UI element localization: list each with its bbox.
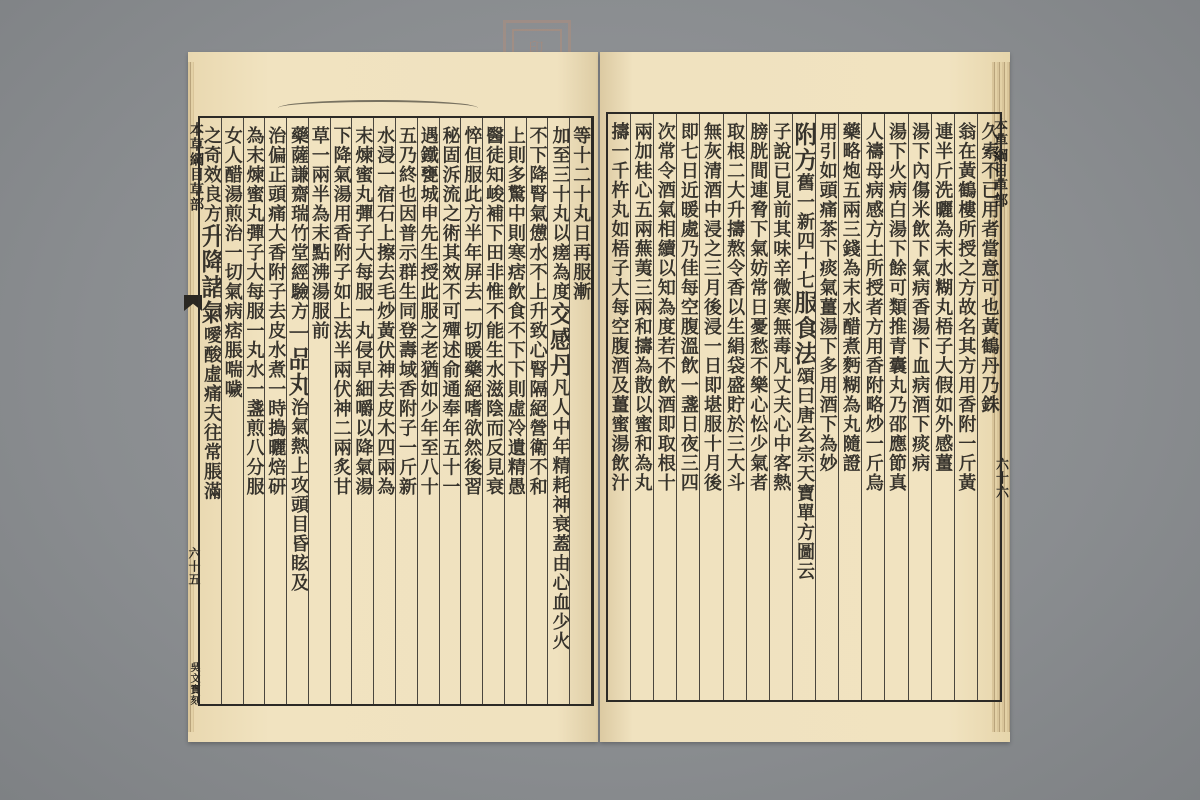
text-column: 翁在黃鶴樓所授之方故名其方用香附一斤黃 <box>954 114 977 700</box>
column-text: 連半斤洗曬為末水糊丸梧子大假如外感薑 <box>932 114 953 700</box>
column-text: 即七日近暖處乃佳每空腹溫飲一盞日夜三四 <box>678 114 699 700</box>
text-column: 悴但服此方半年屏去一切暖藥絕嗜欲然後習 <box>460 118 482 704</box>
column-text: 治偏正頭痛大香附子去皮水煮一時搗曬焙研 <box>265 118 286 704</box>
right-text-columns: 久索不已用者當意可也黃鶴丹乃銖翁在黃鶴樓所授之方故名其方用香附一斤黃連半斤洗曬為… <box>608 114 1000 700</box>
open-book: 本草綱目草部 六十五 吳文寶刻 等十二十丸日再服漸加至三十丸以瘥為度交感丹凡人中… <box>184 52 1026 746</box>
text-column: 等十二十丸日再服漸 <box>569 118 591 704</box>
text-column: 不下降腎氣憊水不上升致心腎隔絕營衛不和 <box>526 118 548 704</box>
text-column: 治偏正頭痛大香附子去皮水煮一時搗曬焙研 <box>264 118 286 704</box>
text-column: 藥薩謙齋瑞竹堂經驗方一品丸治氣熱上攻頭目昏眩及 <box>286 118 308 704</box>
column-text: 末煉蜜丸彈子大每服一丸侵早細嚼以降氣湯 <box>352 118 373 704</box>
column-text: 下降氣湯用香附子如上法半兩伏神二兩炙甘 <box>331 118 352 704</box>
column-text: 醫徒知峻補下田非惟不能生水滋陰而反見衰 <box>483 118 504 704</box>
column-text: 翁在黃鶴樓所授之方故名其方用香附一斤黃 <box>955 114 976 700</box>
column-text: 不下降腎氣憊水不上升致心腎隔絕營衛不和 <box>527 118 548 704</box>
ink-smudge <box>278 100 478 116</box>
text-column: 遇鐵甕城申先生授此服之老猶如少年至八十 <box>417 118 439 704</box>
text-column: 藥略炮五兩三錢為末水醋煮麪糊為丸隨證 <box>838 114 861 700</box>
text-column: 次常令酒氣相續以知為度若不飲酒即取根十 <box>653 114 676 700</box>
text-column: 人禱母病感方士所授者方用香附略炒一斤烏 <box>861 114 884 700</box>
section-heading: 附方 <box>792 122 815 173</box>
text-column: 末煉蜜丸彈子大每服一丸侵早細嚼以降氣湯 <box>351 118 373 704</box>
column-text: 女人醋湯煎治一切氣病痞脹喘噦 <box>222 118 243 704</box>
text-column: 取根二大升擣熬令香以生絹袋盛貯於三大斗 <box>723 114 746 700</box>
text-column: 湯下火病白湯下餘可類推青囊丸乃邵應節真 <box>884 114 907 700</box>
text-column: 五乃終也因普示群生同登壽域香附子一斤新 <box>395 118 417 704</box>
text-column: 草一兩半為末點沸湯服前 <box>308 118 330 704</box>
left-page: 本草綱目草部 六十五 吳文寶刻 等十二十丸日再服漸加至三十丸以瘥為度交感丹凡人中… <box>188 52 598 742</box>
text-column: 下降氣湯用香附子如上法半兩伏神二兩炙甘 <box>330 118 352 704</box>
text-column: 無灰清酒中浸之三月後浸一日即堪服十月後 <box>699 114 722 700</box>
column-text: 久索不已用者當意可也黃鶴丹乃銖 <box>978 114 999 700</box>
left-text-columns: 等十二十丸日再服漸加至三十丸以瘥為度交感丹凡人中年精耗神衰蓋由心血少火不下降腎氣… <box>200 118 591 704</box>
column-text: 擣一千杵丸如梧子大每空腹酒及薑蜜湯飲汁 <box>608 114 629 700</box>
column-text: 為末煉蜜丸彈子大每服一丸水一盞煎八分服 <box>244 118 265 704</box>
column-text: 遇鐵甕城申先生授此服之老猶如少年至八十 <box>418 118 439 704</box>
text-column: 女人醋湯煎治一切氣病痞脹喘噦 <box>221 118 243 704</box>
right-page: 本草綱目草部 六十六 久索不已用者當意可也黃鶴丹乃銖翁在黃鶴樓所授之方故名其方用… <box>600 52 1010 742</box>
column-text: 膀胱間連脅下氣妨常日憂愁不樂心忪少氣者 <box>747 114 768 700</box>
text-column: 上則多驚中則寒痞飲食不下下則虛冷遺精愚 <box>504 118 526 704</box>
column-text: 子說已見前其味辛微寒無毒凡丈夫心中客熱 <box>770 114 791 700</box>
column-text: 人禱母病感方士所授者方用香附略炒一斤烏 <box>863 114 884 700</box>
column-text: 等十二十丸日再服漸 <box>570 118 591 704</box>
column-text: 水浸一宿石上擦去毛炒黃伏神去皮木四兩為 <box>374 118 395 704</box>
column-text: 之奇效良方升降諸氣噯酸虛痛夫往常脹滿 <box>200 118 221 704</box>
column-text: 秘固泝流之術其效不可殫述俞通奉年五十一 <box>440 118 461 704</box>
column-text: 附方舊一新四十七服食法頌曰唐玄宗天寶單方圖云 <box>793 114 815 700</box>
column-text: 上則多驚中則寒痞飲食不下下則虛冷遺精愚 <box>505 118 526 704</box>
column-text: 取根二大升擣熬令香以生絹袋盛貯於三大斗 <box>724 114 745 700</box>
text-column: 子說已見前其味辛微寒無毒凡丈夫心中客熱 <box>769 114 792 700</box>
text-column: 用引如頭痛茶下痰氣薑湯下多用酒下為妙 <box>815 114 838 700</box>
section-heading: 升降諸氣 <box>200 224 221 326</box>
section-heading: 一品丸 <box>286 321 308 398</box>
section-heading: 交感丹 <box>547 302 569 379</box>
text-column: 為末煉蜜丸彈子大每服一丸水一盞煎八分服 <box>243 118 265 704</box>
text-column: 湯下內傷米飲下氣病香湯下血病酒下痰病 <box>908 114 931 700</box>
column-text: 加至三十丸以瘥為度交感丹凡人中年精耗神衰蓋由心血少火 <box>548 118 569 704</box>
text-column: 擣一千杵丸如梧子大每空腹酒及薑蜜湯飲汁 <box>608 114 630 700</box>
text-column: 兩加桂心五兩蕪荑三兩和擣為散以蜜和為丸 <box>630 114 653 700</box>
column-text: 湯下火病白湯下餘可類推青囊丸乃邵應節真 <box>886 114 907 700</box>
section-heading: 服食法 <box>792 290 815 367</box>
column-text: 悴但服此方半年屏去一切暖藥絕嗜欲然後習 <box>461 118 482 704</box>
column-text: 草一兩半為末點沸湯服前 <box>309 118 330 704</box>
text-column: 加至三十丸以瘥為度交感丹凡人中年精耗神衰蓋由心血少火 <box>547 118 569 704</box>
text-column: 附方舊一新四十七服食法頌曰唐玄宗天寶單方圖云 <box>792 114 815 700</box>
text-column: 水浸一宿石上擦去毛炒黃伏神去皮木四兩為 <box>373 118 395 704</box>
column-text: 藥薩謙齋瑞竹堂經驗方一品丸治氣熱上攻頭目昏眩及 <box>287 118 308 704</box>
text-column: 之奇效良方升降諸氣噯酸虛痛夫往常脹滿 <box>200 118 221 704</box>
text-column: 久索不已用者當意可也黃鶴丹乃銖 <box>977 114 1000 700</box>
right-text-frame: 久索不已用者當意可也黃鶴丹乃銖翁在黃鶴樓所授之方故名其方用香附一斤黃連半斤洗曬為… <box>606 112 1002 702</box>
text-column: 膀胱間連脅下氣妨常日憂愁不樂心忪少氣者 <box>746 114 769 700</box>
text-column: 秘固泝流之術其效不可殫述俞通奉年五十一 <box>439 118 461 704</box>
column-text: 兩加桂心五兩蕪荑三兩和擣為散以蜜和為丸 <box>632 114 653 700</box>
column-text: 五乃終也因普示群生同登壽域香附子一斤新 <box>396 118 417 704</box>
left-text-frame: 等十二十丸日再服漸加至三十丸以瘥為度交感丹凡人中年精耗神衰蓋由心血少火不下降腎氣… <box>198 116 594 706</box>
column-text: 次常令酒氣相續以知為度若不飲酒即取根十 <box>655 114 676 700</box>
text-column: 醫徒知峻補下田非惟不能生水滋陰而反見衰 <box>482 118 504 704</box>
text-column: 即七日近暖處乃佳每空腹溫飲一盞日夜三四 <box>676 114 699 700</box>
column-text: 無灰清酒中浸之三月後浸一日即堪服十月後 <box>701 114 722 700</box>
column-text: 湯下內傷米飲下氣病香湯下血病酒下痰病 <box>909 114 930 700</box>
column-text: 藥略炮五兩三錢為末水醋煮麪糊為丸隨證 <box>840 114 861 700</box>
text-column: 連半斤洗曬為末水糊丸梧子大假如外感薑 <box>931 114 954 700</box>
column-text: 用引如頭痛茶下痰氣薑湯下多用酒下為妙 <box>817 114 838 700</box>
